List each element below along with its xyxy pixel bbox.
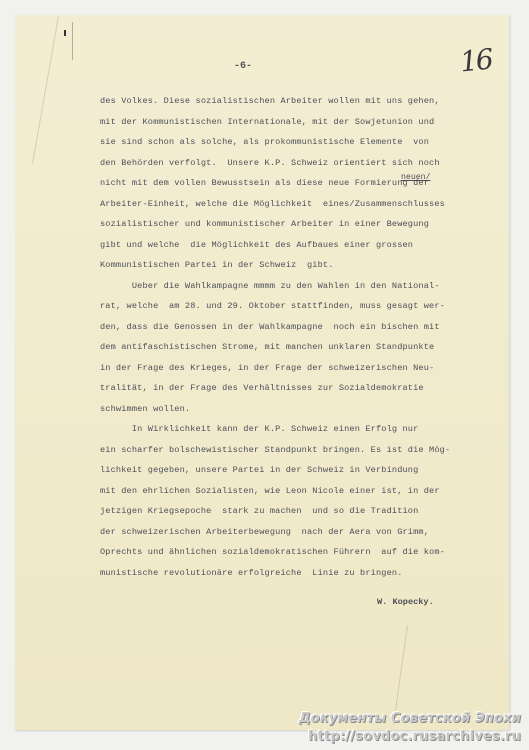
text-line: den, dass die Genossen in der Wahlkampag… (100, 317, 500, 338)
text-line: dem antifaschistischen Strome, mit manch… (100, 337, 500, 358)
paper-crease (32, 16, 59, 164)
text-line: der schweizerischen Arbeiterbewegung nac… (100, 522, 500, 543)
text-line: Kommunistischen Partei in der Schweiz gi… (100, 255, 500, 276)
text-line: schwimmen wollen. (100, 399, 500, 420)
text-line: mit den ehrlichen Sozialisten, wie Leon … (100, 481, 500, 502)
signature: W. Kopecky. (377, 597, 434, 607)
typed-body-text: des Volkes. Diese sozialistischen Arbeit… (100, 91, 500, 583)
text-line: nicht mit dem vollen Bewusstsein als die… (100, 173, 500, 194)
text-line: den Behörden verfolgt. Unsere K.P. Schwe… (100, 153, 500, 174)
handwritten-folio-number: 16 (458, 42, 493, 78)
margin-pencil-line (72, 22, 73, 60)
text-line: in der Frage des Krieges, in der Frage d… (100, 358, 500, 379)
text-line: jetzigen Kriegsepoche stark zu machen un… (100, 501, 500, 522)
page-number: -6- (234, 61, 252, 72)
text-line: munistische revolutionäre erfolgreiche L… (100, 563, 500, 584)
text-line: In Wirklichkeit kann der K.P. Schweiz ei… (100, 419, 500, 440)
text-line: mit der Kommunistischen Internationale, … (100, 112, 500, 133)
text-line: Ueber die Wahlkampagne mmmm zu den Wahle… (100, 276, 500, 297)
watermark-title: Документы Советской Эпохи (299, 711, 521, 726)
text-line: sozialistischer und kommunistischer Arbe… (100, 214, 500, 235)
text-line: des Volkes. Diese sozialistischen Arbeit… (100, 91, 500, 112)
text-line: Arbeiter-Einheit, welche die Möglichkeit… (100, 194, 500, 215)
text-line: gibt und welche die Möglichkeit des Aufb… (100, 235, 500, 256)
text-line: Oprechts und ähnlichen sozialdemokratisc… (100, 542, 500, 563)
paper-crease (393, 625, 408, 724)
text-line: ein scharfer bolschewistischer Standpunk… (100, 440, 500, 461)
margin-mark (64, 30, 66, 36)
text-line: tralität, in der Frage des Verhältnisses… (100, 378, 500, 399)
watermark-url: http://sovdoc.rusarchives.ru (308, 729, 521, 744)
text-line: lichkeit gegeben, unsere Partei in der S… (100, 460, 500, 481)
text-line: sie sind schon als solche, als prokommun… (100, 132, 500, 153)
text-line: rat, welche am 28. und 29. Oktober statt… (100, 296, 500, 317)
